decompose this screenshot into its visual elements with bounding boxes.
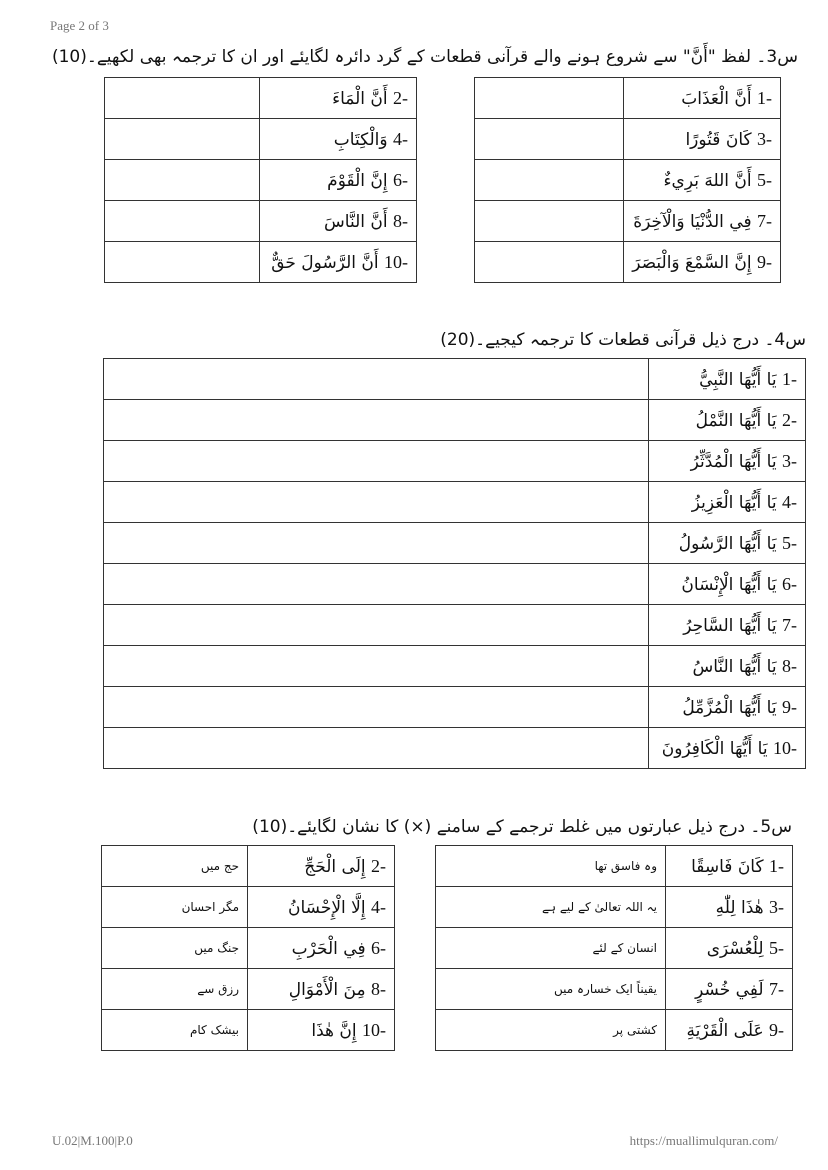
q4-item-4[interactable]: 4- يَا أَيُّهَا الْعَزِيزُ: [649, 482, 806, 523]
translation-cell[interactable]: رزق سے: [102, 969, 248, 1010]
answer-cell[interactable]: [104, 728, 649, 769]
q5-item-8: 8- مِنَ الْأَمْوَالِ: [248, 969, 395, 1010]
item-number: 6-: [371, 938, 386, 958]
quran-phrase: يَا أَيُّهَا الْمُزَّمِّلُ: [682, 698, 776, 718]
q3-left-table: 2- أَنَّ الْمَاءَ 4- وَالْكِتَابِ 6- إِن…: [104, 77, 417, 283]
quran-phrase: يَا أَيُّهَا الرَّسُولُ: [679, 534, 777, 554]
table-row: 4- يَا أَيُّهَا الْعَزِيزُ: [104, 482, 806, 523]
table-row: 8- مِنَ الْأَمْوَالِ رزق سے: [102, 969, 395, 1010]
quran-phrase: يَا أَيُّهَا الْعَزِيزُ: [692, 493, 777, 513]
item-number: 9-: [757, 252, 772, 272]
q5-item-1: 1- كَانَ فَاسِقًا: [666, 846, 793, 887]
item-number: 10-: [773, 738, 797, 758]
table-row: 9- إِنَّ السَّمْعَ وَالْبَصَرَ: [475, 242, 781, 283]
table-row: 2- إِلَى الْحَجِّ حج میں: [102, 846, 395, 887]
answer-cell[interactable]: [104, 441, 649, 482]
table-row: 6- فِي الْحَرْبِ جنگ میں: [102, 928, 395, 969]
quran-phrase: وَالْكِتَابِ: [334, 130, 388, 150]
answer-cell[interactable]: [104, 687, 649, 728]
answer-cell[interactable]: [105, 78, 260, 119]
answer-cell[interactable]: [105, 119, 260, 160]
table-row: 2- يَا أَيُّهَا النَّمْلُ: [104, 400, 806, 441]
answer-cell[interactable]: [475, 201, 624, 242]
table-row: 5- يَا أَيُّهَا الرَّسُولُ: [104, 523, 806, 564]
answer-cell[interactable]: [475, 242, 624, 283]
item-number: 1-: [782, 369, 797, 389]
q3-item-6[interactable]: 6- إِنَّ الْقَوْمَ: [260, 160, 417, 201]
table-row: 7- يَا أَيُّهَا السَّاحِرُ: [104, 605, 806, 646]
item-number: 8-: [393, 211, 408, 231]
item-number: 6-: [782, 574, 797, 594]
q3-item-3[interactable]: 3- كَانَ قَتُورًا: [624, 119, 781, 160]
answer-cell[interactable]: [104, 400, 649, 441]
translation-cell[interactable]: یقیناً ایک خسارہ میں: [436, 969, 666, 1010]
table-row: 6- يَا أَيُّهَا الْإِنْسَانُ: [104, 564, 806, 605]
quran-phrase: كَانَ فَاسِقًا: [691, 857, 764, 877]
item-number: 4-: [371, 897, 386, 917]
quran-phrase: مِنَ الْأَمْوَالِ: [289, 980, 366, 1000]
table-row: 3- هٰذَا لِلّٰهِ یہ اللہ تعالیٰ کے لیے ہ…: [436, 887, 793, 928]
q3-item-1[interactable]: 1- أَنَّ الْعَذَابَ: [624, 78, 781, 119]
item-number: 10-: [362, 1020, 386, 1040]
item-number: 6-: [393, 170, 408, 190]
item-number: 8-: [371, 979, 386, 999]
table-row: 2- أَنَّ الْمَاءَ: [105, 78, 417, 119]
item-number: 5-: [757, 170, 772, 190]
table-row: 1- يَا أَيُّهَا النَّبِيُّ: [104, 359, 806, 400]
q5-item-10: 10- إِنَّ هٰذَا: [248, 1010, 395, 1051]
quran-phrase: لَفِي خُسْرٍ: [695, 980, 763, 1000]
q3-right-table: 1- أَنَّ الْعَذَابَ 3- كَانَ قَتُورًا 5-…: [474, 77, 781, 283]
q5-item-5: 5- لِلْعُسْرَى: [666, 928, 793, 969]
table-row: 7- فِي الدُّنْيَا وَالْآخِرَةَ: [475, 201, 781, 242]
translation-cell[interactable]: جنگ میں: [102, 928, 248, 969]
item-number: 7-: [757, 211, 772, 231]
table-row: 4- إِلَّا الْإِحْسَانُ مگر احسان: [102, 887, 395, 928]
answer-cell[interactable]: [104, 523, 649, 564]
item-number: 7-: [782, 615, 797, 635]
quran-phrase: إِلَّا الْإِحْسَانُ: [288, 898, 366, 918]
quran-phrase: إِنَّ الْقَوْمَ: [327, 171, 387, 191]
footer-url[interactable]: https://muallimulquran.com/: [630, 1133, 778, 1149]
q5-item-3: 3- هٰذَا لِلّٰهِ: [666, 887, 793, 928]
quran-phrase: يَا أَيُّهَا النَّبِيُّ: [699, 370, 777, 390]
item-number: 2-: [782, 410, 797, 430]
q4-item-9[interactable]: 9- يَا أَيُّهَا الْمُزَّمِّلُ: [649, 687, 806, 728]
q4-item-7[interactable]: 7- يَا أَيُّهَا السَّاحِرُ: [649, 605, 806, 646]
table-row: 1- أَنَّ الْعَذَابَ: [475, 78, 781, 119]
table-row: 1- كَانَ فَاسِقًا وہ فاسق تھا: [436, 846, 793, 887]
item-number: 2-: [371, 856, 386, 876]
table-row: 6- إِنَّ الْقَوْمَ: [105, 160, 417, 201]
translation-cell[interactable]: مگر احسان: [102, 887, 248, 928]
quran-phrase: أَنَّ الرَّسُولَ حَقٌّ: [271, 253, 378, 273]
quran-phrase: يَا أَيُّهَا الْكَافِرُونَ: [662, 739, 768, 759]
q5-item-6: 6- فِي الْحَرْبِ: [248, 928, 395, 969]
q3-item-7[interactable]: 7- فِي الدُّنْيَا وَالْآخِرَةَ: [624, 201, 781, 242]
table-row: 5- لِلْعُسْرَى انسان کے لئے: [436, 928, 793, 969]
item-number: 9-: [782, 697, 797, 717]
item-number: 3-: [757, 129, 772, 149]
q4-item-5[interactable]: 5- يَا أَيُّهَا الرَّسُولُ: [649, 523, 806, 564]
item-number: 3-: [769, 897, 784, 917]
item-number: 9-: [769, 1020, 784, 1040]
q4-item-3[interactable]: 3- يَا أَيُّهَا الْمُدَّثِّرُ: [649, 441, 806, 482]
q4-item-8[interactable]: 8- يَا أَيُّهَا النَّاسُ: [649, 646, 806, 687]
quran-phrase: عَلَى الْقَرْيَةِ: [687, 1021, 764, 1041]
quran-phrase: هٰذَا لِلّٰهِ: [716, 898, 764, 918]
q3-item-8[interactable]: 8- أَنَّ النَّاسَ: [260, 201, 417, 242]
quran-phrase: لِلْعُسْرَى: [707, 939, 764, 959]
quran-phrase: أَنَّ اللهَ بَرِيءٌ: [664, 171, 752, 191]
translation-cell[interactable]: حج میں: [102, 846, 248, 887]
answer-cell[interactable]: [104, 359, 649, 400]
quran-phrase: أَنَّ النَّاسَ: [324, 212, 388, 232]
answer-cell[interactable]: [105, 201, 260, 242]
quran-phrase: أَنَّ الْمَاءَ: [332, 89, 388, 109]
translation-cell[interactable]: انسان کے لئے: [436, 928, 666, 969]
table-row: 4- وَالْكِتَابِ: [105, 119, 417, 160]
table-row: 8- أَنَّ النَّاسَ: [105, 201, 417, 242]
table-row: 8- يَا أَيُّهَا النَّاسُ: [104, 646, 806, 687]
item-number: 5-: [769, 938, 784, 958]
footer-code: U.02|M.100|P.0: [52, 1133, 133, 1149]
quran-phrase: إِنَّ السَّمْعَ وَالْبَصَرَ: [632, 253, 751, 273]
quran-phrase: يَا أَيُّهَا السَّاحِرُ: [683, 616, 776, 636]
item-number: 4-: [782, 492, 797, 512]
q4-table: 1- يَا أَيُّهَا النَّبِيُّ 2- يَا أَيُّه…: [103, 358, 806, 769]
table-row: 7- لَفِي خُسْرٍ یقیناً ایک خسارہ میں: [436, 969, 793, 1010]
q3-item-2[interactable]: 2- أَنَّ الْمَاءَ: [260, 78, 417, 119]
item-number: 3-: [782, 451, 797, 471]
answer-cell[interactable]: [104, 646, 649, 687]
answer-cell[interactable]: [105, 160, 260, 201]
item-number: 8-: [782, 656, 797, 676]
q4-item-6[interactable]: 6- يَا أَيُّهَا الْإِنْسَانُ: [649, 564, 806, 605]
q4-title: س4۔ درج ذیل قرآنی قطعات کا ترجمہ کیجیے۔(…: [406, 329, 806, 350]
q5-item-2: 2- إِلَى الْحَجِّ: [248, 846, 395, 887]
q5-item-7: 7- لَفِي خُسْرٍ: [666, 969, 793, 1010]
item-number: 2-: [393, 88, 408, 108]
translation-cell[interactable]: بیشک کام: [102, 1010, 248, 1051]
quran-phrase: إِلَى الْحَجِّ: [304, 857, 365, 877]
quran-phrase: فِي الدُّنْيَا وَالْآخِرَةَ: [633, 212, 751, 232]
table-row: 10- إِنَّ هٰذَا بیشک کام: [102, 1010, 395, 1051]
table-row: 5- أَنَّ اللهَ بَرِيءٌ: [475, 160, 781, 201]
q3-item-4[interactable]: 4- وَالْكِتَابِ: [260, 119, 417, 160]
q5-item-9: 9- عَلَى الْقَرْيَةِ: [666, 1010, 793, 1051]
answer-cell[interactable]: [104, 564, 649, 605]
answer-cell[interactable]: [475, 160, 624, 201]
quran-phrase: يَا أَيُّهَا النَّاسُ: [692, 657, 776, 677]
table-row: 10- أَنَّ الرَّسُولَ حَقٌّ: [105, 242, 417, 283]
item-number: 4-: [393, 129, 408, 149]
q5-title: س5۔ درج ذیل عبارتوں میں غلط ترجمے کے سام…: [292, 816, 792, 837]
q5-left-table: 2- إِلَى الْحَجِّ حج میں 4- إِلَّا الْإِ…: [101, 845, 395, 1051]
q5-right-table: 1- كَانَ فَاسِقًا وہ فاسق تھا 3- هٰذَا ل…: [435, 845, 793, 1051]
q3-item-5[interactable]: 5- أَنَّ اللهَ بَرِيءٌ: [624, 160, 781, 201]
item-number: 7-: [769, 979, 784, 999]
table-row: 3- كَانَ قَتُورًا: [475, 119, 781, 160]
table-row: 9- يَا أَيُّهَا الْمُزَّمِّلُ: [104, 687, 806, 728]
table-row: 3- يَا أَيُّهَا الْمُدَّثِّرُ: [104, 441, 806, 482]
q3-item-10[interactable]: 10- أَنَّ الرَّسُولَ حَقٌّ: [260, 242, 417, 283]
page-label: Page 2 of 3: [50, 18, 109, 34]
quran-phrase: يَا أَيُّهَا الْإِنْسَانُ: [681, 575, 776, 595]
answer-cell[interactable]: [475, 119, 624, 160]
q4-item-10[interactable]: 10- يَا أَيُّهَا الْكَافِرُونَ: [649, 728, 806, 769]
item-number: 10-: [384, 252, 408, 272]
quran-phrase: يَا أَيُّهَا الْمُدَّثِّرُ: [691, 452, 777, 472]
item-number: 5-: [782, 533, 797, 553]
translation-cell[interactable]: وہ فاسق تھا: [436, 846, 666, 887]
answer-cell[interactable]: [104, 482, 649, 523]
quran-phrase: إِنَّ هٰذَا: [311, 1021, 356, 1041]
q4-item-2[interactable]: 2- يَا أَيُّهَا النَّمْلُ: [649, 400, 806, 441]
quran-phrase: فِي الْحَرْبِ: [292, 939, 366, 959]
q3-title: س3۔ لفظ "أَنَّ" سے شروع ہونے والے قرآنی …: [98, 46, 798, 67]
quran-phrase: كَانَ قَتُورًا: [685, 130, 751, 150]
answer-cell[interactable]: [104, 605, 649, 646]
item-number: 1-: [757, 88, 772, 108]
answer-cell[interactable]: [475, 78, 624, 119]
q4-item-1[interactable]: 1- يَا أَيُّهَا النَّبِيُّ: [649, 359, 806, 400]
translation-cell[interactable]: یہ اللہ تعالیٰ کے لیے ہے: [436, 887, 666, 928]
q3-item-9[interactable]: 9- إِنَّ السَّمْعَ وَالْبَصَرَ: [624, 242, 781, 283]
item-number: 1-: [769, 856, 784, 876]
table-row: 10- يَا أَيُّهَا الْكَافِرُونَ: [104, 728, 806, 769]
table-row: 9- عَلَى الْقَرْيَةِ کشتی پر: [436, 1010, 793, 1051]
q5-item-4: 4- إِلَّا الْإِحْسَانُ: [248, 887, 395, 928]
answer-cell[interactable]: [105, 242, 260, 283]
translation-cell[interactable]: کشتی پر: [436, 1010, 666, 1051]
quran-phrase: يَا أَيُّهَا النَّمْلُ: [696, 411, 777, 431]
quran-phrase: أَنَّ الْعَذَابَ: [681, 89, 751, 109]
